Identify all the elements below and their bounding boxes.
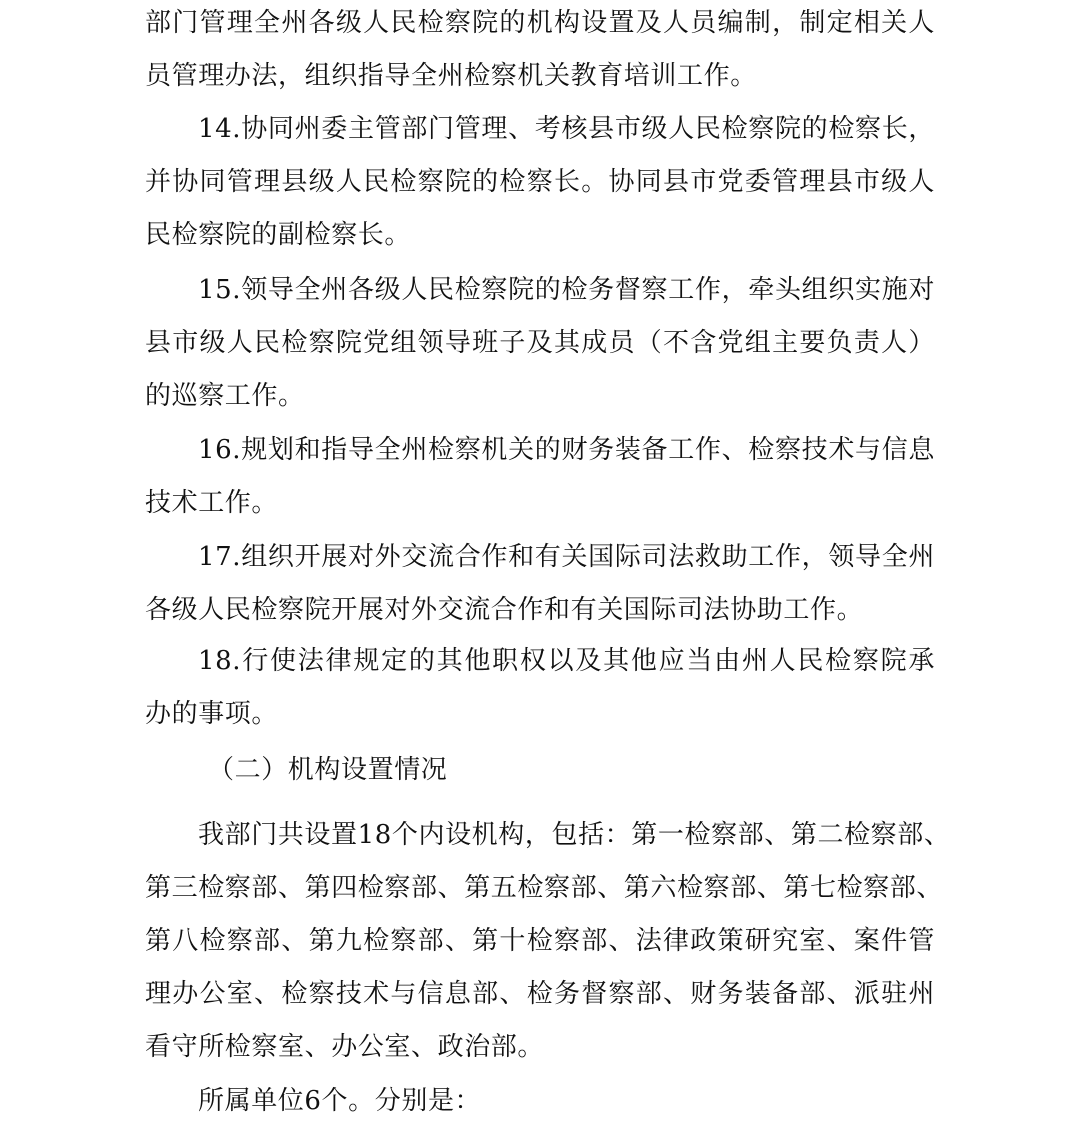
list-item-18-line: 办的事项。 [145, 697, 935, 731]
list-item-15-line: 的巡察工作。 [145, 379, 935, 413]
institutions-paragraph-line: 第三检察部、第四检察部、第五检察部、第六检察部、第七检察部、 [145, 871, 935, 905]
document-page: 部门管理全州各级人民检察院的机构设置及人员编制，制定相关人 员管理办法，组织指导… [0, 0, 1074, 1125]
list-item-18-line: 18.行使法律规定的其他职权以及其他应当由州人民检察院承 [198, 644, 935, 678]
section-heading: （二）机构设置情况 [208, 753, 608, 787]
list-item-16-line: 技术工作。 [145, 486, 935, 520]
institutions-paragraph-line: 理办公室、检察技术与信息部、检务督察部、财务装备部、派驻州 [145, 977, 935, 1011]
list-item-16-line: 16.规划和指导全州检察机关的财务装备工作、检察技术与信息 [198, 433, 935, 467]
list-item-14-line: 并协同管理县级人民检察院的检察长。协同县市党委管理县市级人 [145, 165, 935, 199]
list-item-14-line: 14.协同州委主管部门管理、考核县市级人民检察院的检察长， [198, 112, 935, 146]
paragraph-line: 员管理办法，组织指导全州检察机关教育培训工作。 [145, 59, 935, 93]
list-item-17-line: 各级人民检察院开展对外交流合作和有关国际司法协助工作。 [145, 593, 935, 627]
list-item-15-line: 15.领导全州各级人民检察院的检务督察工作，牵头组织实施对 [198, 273, 935, 307]
paragraph-line: 部门管理全州各级人民检察院的机构设置及人员编制，制定相关人 [145, 6, 935, 40]
list-item-14-line: 民检察院的副检察长。 [145, 218, 935, 252]
institutions-paragraph-line: 看守所检察室、办公室、政治部。 [145, 1030, 935, 1064]
list-item-15-line: 县市级人民检察院党组领导班子及其成员（不含党组主要负责人） [145, 326, 935, 360]
list-item-17-line: 17.组织开展对外交流合作和有关国际司法救助工作，领导全州 [198, 540, 935, 574]
affiliated-units-line: 所属单位6个。分别是： [198, 1084, 935, 1118]
institutions-paragraph-line: 我部门共设置18个内设机构，包括：第一检察部、第二检察部、 [198, 818, 935, 852]
institutions-paragraph-line: 第八检察部、第九检察部、第十检察部、法律政策研究室、案件管 [145, 924, 935, 958]
